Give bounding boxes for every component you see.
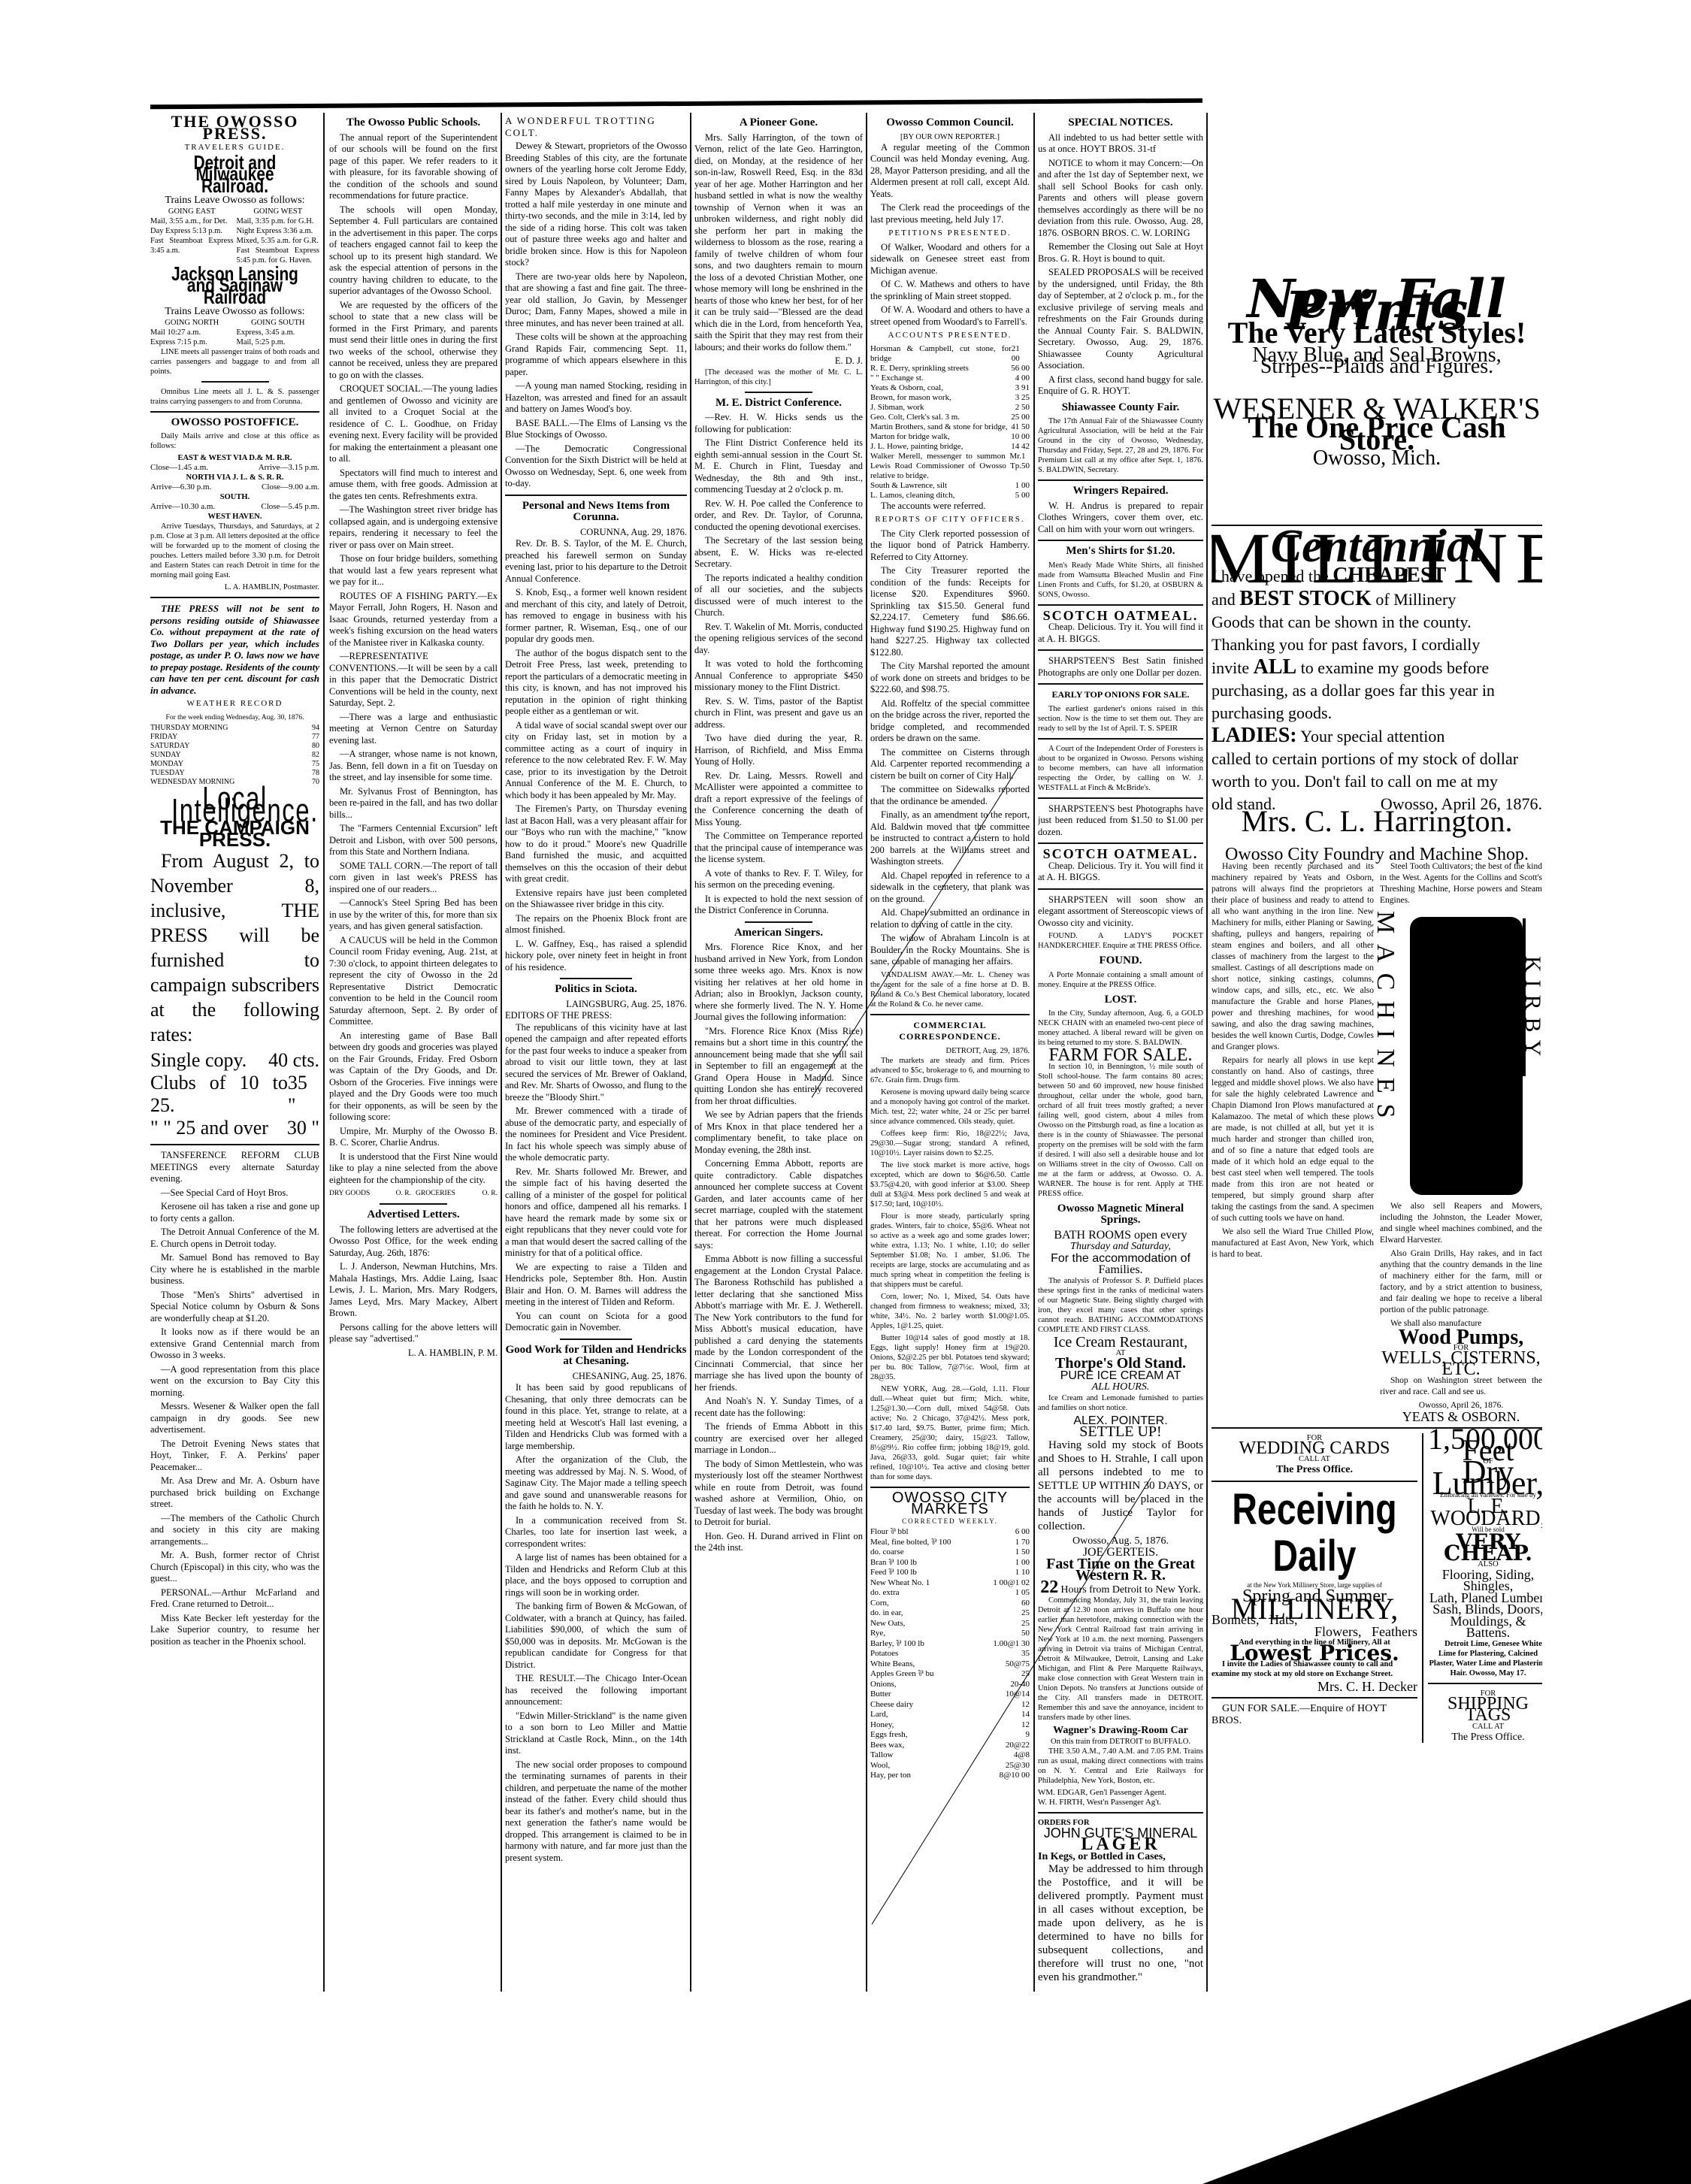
divider bbox=[1212, 1481, 1417, 1482]
millinery-signature: Mrs. C. L. Harrington. bbox=[1212, 815, 1542, 827]
chesaning-dateline: CHESANING, Aug. 25, 1876. bbox=[505, 1371, 687, 1383]
oatmeal-title-2: SCOTCH OATMEAL. bbox=[1038, 848, 1203, 861]
col-o: O. bbox=[482, 1190, 489, 1197]
paragraph: Of C. W. Mathews and others to have the … bbox=[870, 279, 1030, 302]
receiving-daily: Receiving Daily bbox=[1232, 1487, 1396, 1580]
millinery-body: I have opened the CHEAPEST and BEST STOC… bbox=[1212, 564, 1542, 815]
market-row: Bran ⅌ 100 lb1 00 bbox=[870, 1558, 1030, 1568]
paragraph: Kerosene oil has taken a rise and gone u… bbox=[150, 1201, 319, 1224]
label: Yeats & Osborn, coal, bbox=[870, 383, 943, 393]
paragraph: Of W. A. Woodard and others to have a st… bbox=[870, 304, 1030, 328]
value: 14 42 bbox=[1011, 442, 1030, 452]
shirts-title: Men's Shirts for $1.20. bbox=[1038, 546, 1203, 558]
postmaster-signature: L. A. HAMBLIN, Postmaster. bbox=[150, 582, 319, 592]
market-row: Wool,25@30 bbox=[870, 1761, 1030, 1771]
found-handkerchief: FOUND. A LADY'S POCKET HANDKERCHIEF. Enq… bbox=[1038, 931, 1203, 951]
paragraph: These colts will be shown at the approac… bbox=[505, 331, 687, 378]
pumps-title: Wood Pumps, bbox=[1380, 1332, 1542, 1343]
masthead-title: THE OWOSSO PRESS. bbox=[150, 116, 319, 139]
paragraph: A CAUCUS will be held in the Common Coun… bbox=[329, 935, 498, 1028]
divider bbox=[1038, 604, 1203, 606]
label: Butter bbox=[870, 1689, 891, 1700]
value: 41 50 bbox=[1011, 422, 1030, 432]
paragraph: S. Knob, Esq., a former well known resid… bbox=[505, 587, 687, 646]
time: Arrive—3.15 p.m. bbox=[259, 463, 319, 473]
page-corner-shadow bbox=[1202, 1999, 1691, 2184]
bonnets: Bonnets, bbox=[1212, 1612, 1260, 1627]
bath-line-1: BATH ROOMS open every bbox=[1038, 1230, 1203, 1242]
market-row: do. in ear,25 bbox=[870, 1608, 1030, 1619]
machine-illustration: MACHINES KIRBY bbox=[1380, 911, 1542, 1196]
foundry-left: Having been recently purchased and its m… bbox=[1212, 861, 1374, 1423]
value: 1 70 bbox=[1015, 1538, 1030, 1548]
col-o: O. bbox=[396, 1190, 403, 1197]
value: 1 50 bbox=[1021, 452, 1030, 481]
list-item: Night Express 3:36 a.m. bbox=[237, 226, 320, 236]
divider bbox=[150, 597, 319, 598]
press-notice: THE PRESS will not be sent to persons re… bbox=[150, 603, 319, 696]
list-item: Mail, 3:35 p.m. for G.H. bbox=[237, 216, 320, 226]
postoffice-east-west-times: Close—1.45 a.m.Arrive—3.15 p.m. bbox=[150, 463, 319, 473]
postoffice-west-haven: WEST HAVEN. bbox=[150, 512, 319, 522]
label: Potatoes bbox=[870, 1649, 898, 1659]
paragraph: —A good representation from this place w… bbox=[150, 1364, 319, 1399]
column-2: The Owosso Public Schools. The annual re… bbox=[329, 113, 498, 2037]
list-item: Flooring, Siding, Shingles, bbox=[1428, 1569, 1542, 1593]
paragraph: Kerosene is moving upward daily being sc… bbox=[870, 1087, 1030, 1127]
label: J. Sibman, work bbox=[870, 403, 924, 413]
column-rule bbox=[501, 113, 502, 1992]
value: 5 00 bbox=[1015, 491, 1030, 501]
value: 77 bbox=[312, 733, 319, 742]
value: 50@75 bbox=[1006, 1659, 1030, 1670]
tags-call: CALL AT bbox=[1428, 1722, 1542, 1732]
weather-table: THURSDAY MORNING94FRIDAY77SATURDAY80SUND… bbox=[150, 724, 319, 787]
chesaning-articles: It has been said by good republicans of … bbox=[505, 1382, 687, 1864]
local-items: TANSFERENCE REFORM CLUB MEETINGS every a… bbox=[150, 1150, 319, 1647]
oatmeal-title: SCOTCH OATMEAL. bbox=[1038, 610, 1203, 622]
settle-text: Having sold my stock of Boots and Shoes … bbox=[1038, 1438, 1203, 1533]
value: 82 bbox=[312, 751, 319, 760]
value: 12 bbox=[1021, 1720, 1030, 1731]
value: 35 " bbox=[288, 1072, 319, 1117]
value: 2 50 bbox=[1015, 403, 1030, 413]
value: 1 50 bbox=[1015, 1547, 1030, 1558]
railroad-2-name: Jackson Lansing and Saginaw Railroad bbox=[168, 268, 303, 304]
wagner-text: THE 3.50 A.M., 7.40 A.M. and 7.05 P.M. T… bbox=[1038, 1747, 1203, 1786]
onions-text: The earliest gardener's onions raised in… bbox=[1038, 704, 1203, 734]
paragraph: Mr. Asa Drew and Mr. A. Osburn have purc… bbox=[150, 1475, 319, 1511]
decker-signature: Mrs. C. H. Decker bbox=[1212, 1681, 1417, 1693]
council-subtitle: [BY OUR OWN REPORTER.] bbox=[870, 132, 1030, 142]
accounts-table: Horsman & Campbell, cut stone, for bridg… bbox=[870, 344, 1030, 501]
paragraph: —REPRESENTATIVE CONVENTIONS.—It will be … bbox=[329, 651, 498, 709]
label: Clubs of 10 to 25. bbox=[150, 1072, 288, 1117]
value: 25 00 bbox=[1011, 413, 1030, 422]
value: 4 00 bbox=[1015, 374, 1030, 383]
label: New Oats, bbox=[870, 1619, 905, 1629]
postoffice-south: SOUTH. bbox=[150, 492, 319, 502]
commercial-title: COMMERCIAL CORRESPONDENCE. bbox=[870, 1020, 1030, 1043]
sharpsteen-ad-3: SHARPSTEEN will soon show an elegant ass… bbox=[1038, 894, 1203, 930]
paragraph: Dewey & Stewart, proprietors of the Owos… bbox=[505, 141, 687, 269]
paragraph: Two have died during the year, R. Harris… bbox=[694, 733, 863, 768]
paragraph: Repairs for nearly all plows in use kept… bbox=[1212, 1055, 1374, 1224]
lager-big: LAGER bbox=[1038, 1839, 1203, 1851]
column-4: A Pioneer Gone. Mrs. Sally Harrington, o… bbox=[694, 113, 863, 2037]
paragraph: We are expecting to raise a Tilden and H… bbox=[505, 1262, 687, 1308]
label: Bran ⅌ 100 lb bbox=[870, 1558, 917, 1568]
text: Thanking you for past favors, I cordiall… bbox=[1212, 634, 1542, 656]
market-row: Flour ⅌ bbl6 00 bbox=[870, 1527, 1030, 1538]
text: worth to you. Don't fail to call on me a… bbox=[1212, 770, 1542, 793]
hats: Hats, bbox=[1269, 1612, 1298, 1627]
paragraph: The "Farmers Centennial Excursion" left … bbox=[329, 823, 498, 858]
label: J. L. Howe, painting bridge, bbox=[870, 442, 963, 452]
time: Arrive—6.30 p.m. bbox=[150, 482, 211, 492]
paragraph: —Rev. H. W. Hicks sends us the following… bbox=[694, 412, 863, 435]
paragraph: In a communication received from St. Cha… bbox=[505, 1515, 687, 1550]
all: ALL bbox=[1254, 655, 1297, 679]
bottom-ads: FOR WEDDING CARDS CALL AT The Press Offi… bbox=[1212, 1433, 1542, 1744]
bath-line-2: Thursday and Saturday, bbox=[1038, 1241, 1203, 1253]
tags-office: The Press Office. bbox=[1428, 1732, 1542, 1744]
label: Horsman & Campbell, cut stone, for bridg… bbox=[870, 344, 1012, 364]
machine-image bbox=[1410, 917, 1523, 1195]
label: Flour ⅌ bbl bbox=[870, 1527, 909, 1538]
label: R. E. Derry, sprinkling streets bbox=[870, 364, 969, 374]
account-row: R. E. Derry, sprinkling streets56 00 bbox=[870, 364, 1030, 374]
corunna-title: Personal and News Items from Corunna. bbox=[505, 501, 687, 524]
postoffice-north-times: Arrive—6.30 p.m.Close—9.00 a.m. bbox=[150, 482, 319, 492]
paragraph: A tidal wave of social scandal swept ove… bbox=[505, 720, 687, 802]
value: 20@22 bbox=[1006, 1741, 1030, 1751]
fair-text: The 17th Annual Fair of the Shiawassee C… bbox=[1038, 416, 1203, 475]
wringers-text: W. H. Andrus is prepared to repair Cloth… bbox=[1038, 501, 1203, 536]
decker-text: I invite the Ladies of Shiawassee county… bbox=[1212, 1659, 1417, 1679]
paragraph: Mr. Sylvanus Frost of Bennington, has be… bbox=[329, 786, 498, 821]
paragraph: —A stranger, whose name is not known, Ja… bbox=[329, 749, 498, 784]
label: Marton for bridge walk, bbox=[870, 432, 950, 442]
value: 3 25 bbox=[1015, 393, 1030, 403]
going-north-list: Mail 10:27 a.m.Express 7:15 p.m. bbox=[150, 328, 234, 347]
value: 8@10 00 bbox=[1000, 1771, 1030, 1781]
label: Meal, fine bolted, ⅌ 100 bbox=[870, 1538, 951, 1548]
account-row: South & Lawrence, silt1 00 bbox=[870, 481, 1030, 491]
paragraph: It is expected to hold the next session … bbox=[694, 894, 863, 917]
all-hours: ALL HOURS. bbox=[1038, 1381, 1203, 1393]
wedding-title: WEDDING CARDS bbox=[1212, 1443, 1417, 1455]
paragraph: "Mrs. Florence Rice Knox (Miss Rice) rem… bbox=[694, 1026, 863, 1108]
label: Honey, bbox=[870, 1720, 894, 1731]
paragraph: —There was a large and enthusiastic meet… bbox=[329, 712, 498, 747]
divider bbox=[150, 1144, 319, 1145]
paragraph: A regular meeting of the Common Council … bbox=[870, 142, 1030, 201]
label: Feed ⅌ 100 lb bbox=[870, 1568, 917, 1578]
account-row: Martin Brothers, sand & stone for bridge… bbox=[870, 422, 1030, 432]
paragraph: The markets are steady and firm. Prices … bbox=[870, 1056, 1030, 1085]
column-1: THE OWOSSO PRESS. TRAVELERS GUIDE. Detro… bbox=[150, 113, 319, 2037]
pioneer-signature: E. D. J. bbox=[694, 355, 863, 368]
paragraph: It has been said by good republicans of … bbox=[505, 1382, 687, 1452]
col-r: R. bbox=[491, 1190, 498, 1197]
weather-row: TUESDAY78 bbox=[150, 769, 319, 778]
store-city: Owosso, Mich. bbox=[1212, 452, 1542, 464]
paragraph: Rev. Dr. B. S. Taylor, of the M. E. Chur… bbox=[505, 538, 687, 585]
paragraph: Corn, lower; No. 1, Mixed, 54. Oats have… bbox=[870, 1292, 1030, 1331]
flowers: Flowers, bbox=[1314, 1624, 1362, 1639]
paragraph: —The Democratic Congressional Convention… bbox=[505, 443, 687, 490]
lumber-quantity: 1,500,000 Feet bbox=[1428, 1433, 1542, 1457]
pioneer-note: [The deceased was the mother of Mr. C. L… bbox=[694, 368, 863, 387]
lowest-prices: Lowest Prices. bbox=[1212, 1647, 1417, 1659]
market-row: Honey,12 bbox=[870, 1720, 1030, 1731]
value: 50 bbox=[1021, 1629, 1030, 1639]
paragraph: The friends of Emma Abbott in this count… bbox=[694, 1421, 863, 1457]
paragraph: Hon. Geo. H. Durand arrived in Flint on … bbox=[694, 1531, 863, 1554]
paragraph: CROQUET SOCIAL.—The young ladies and gen… bbox=[329, 383, 498, 465]
account-row: J. L. Howe, painting bridge,14 42 bbox=[870, 442, 1030, 452]
paragraph: —See Special Card of Hoyt Bros. bbox=[150, 1187, 319, 1199]
list-item: Mixed, 5:35 a.m. for G.R. bbox=[237, 236, 320, 246]
sharpsteen-ad-2: SHARPSTEEN'S best Photographs have just … bbox=[1038, 803, 1203, 839]
label: FRIDAY bbox=[150, 733, 177, 742]
label: SATURDAY bbox=[150, 742, 189, 751]
top-rule bbox=[150, 98, 1202, 110]
left-bottom-ads: FOR WEDDING CARDS CALL AT The Press Offi… bbox=[1212, 1433, 1423, 1744]
paragraph: A vote of thanks to Rev. F. T. Wiley, fo… bbox=[694, 868, 863, 891]
divider bbox=[1038, 540, 1203, 541]
value: 20-40 bbox=[1010, 1680, 1030, 1690]
text: purchasing, as a dollar goes far this ye… bbox=[1212, 679, 1542, 702]
railroad-1-times: GOING EAST Mail, 3:55 a.m., for Det.Day … bbox=[150, 207, 319, 265]
label: do. extra bbox=[870, 1588, 899, 1599]
paragraph: The Flint District Conference held its e… bbox=[694, 437, 863, 496]
paragraph: THE RESULT.—The Chicago Inter-Ocean has … bbox=[505, 1673, 687, 1708]
paragraph: The City Treasurer reported the conditio… bbox=[870, 565, 1030, 658]
value: 1 00 bbox=[1015, 1558, 1030, 1568]
paragraph: The annual report of the Superintendent … bbox=[329, 132, 498, 202]
value: 14 bbox=[1021, 1710, 1030, 1720]
market-row: do. coarse1 50 bbox=[870, 1547, 1030, 1558]
paragraph: We see by Adrian papers that the friends… bbox=[694, 1109, 863, 1156]
gun-for-sale: GUN FOR SALE.—Enquire of HOYT BROS. bbox=[1212, 1703, 1417, 1726]
trotting-colt-articles: Dewey & Stewart, proprietors of the Owos… bbox=[505, 141, 687, 490]
found-text: A Porte Monnaie containing a small amoun… bbox=[1038, 970, 1203, 990]
list-item: Express 7:15 p.m. bbox=[150, 337, 234, 347]
thorpe-stand: Thorpe's Old Stand. bbox=[1038, 1358, 1203, 1370]
store-subtitle: The One Price Cash Store. bbox=[1212, 422, 1542, 445]
shipping-tags-title: SHIPPING TAGS bbox=[1428, 1698, 1542, 1722]
value: 25 bbox=[1021, 1608, 1030, 1619]
fasttime-hours: Hours from Detroit to New York. bbox=[1060, 1584, 1200, 1596]
column-rule bbox=[1206, 113, 1208, 1992]
paragraph: A first class, second hand buggy for sal… bbox=[1038, 374, 1203, 398]
paragraph: After the organization of the Club, the … bbox=[505, 1454, 687, 1513]
foundry-right-text-2: We also sell Reapers and Mowers, includi… bbox=[1380, 1201, 1542, 1329]
paragraph: And Noah's N. Y. Sunday Times, of a rece… bbox=[694, 1396, 863, 1419]
label: " " Exchange st. bbox=[870, 374, 924, 383]
divider bbox=[1038, 797, 1203, 799]
paragraph: ROUTES OF A FISHING PARTY.—Ex Mayor Ferr… bbox=[329, 591, 498, 649]
value: 1 00 bbox=[1015, 481, 1030, 491]
paragraph: TANSFERENCE REFORM CLUB MEETINGS every a… bbox=[150, 1150, 319, 1185]
value: 80 bbox=[312, 742, 319, 751]
paragraph: Flour is more steady, particularly sprin… bbox=[870, 1211, 1030, 1290]
column-5: Owosso Common Council. [BY OUR OWN REPOR… bbox=[870, 113, 1030, 2037]
market-row: Hay, per ton8@10 00 bbox=[870, 1771, 1030, 1781]
sciota-salutation: EDITORS OF THE PRESS: bbox=[505, 1010, 687, 1022]
paragraph: Concerning Emma Abbott, reports are quit… bbox=[694, 1158, 863, 1251]
wagner-title: Wagner's Drawing-Room Car bbox=[1038, 1725, 1203, 1737]
railroad-1-name: Detroit and Milwaukee Railroad. bbox=[168, 157, 303, 192]
pioneer-title: A Pioneer Gone. bbox=[694, 117, 863, 129]
market-row: Lard,14 bbox=[870, 1710, 1030, 1720]
paragraph: The new social order proposes to compoun… bbox=[505, 1759, 687, 1865]
list-item: Fast Steamboat Express 3:45 a.m. bbox=[150, 236, 234, 256]
going-south-list: Express, 3:45 a.m.Mail, 5:25 p.m. bbox=[237, 328, 320, 347]
label: do. coarse bbox=[870, 1547, 904, 1558]
lime-text: Detroit Lime, Genesee White Lime for Pla… bbox=[1428, 1639, 1542, 1678]
account-row: Brown, for mason work,3 25 bbox=[870, 393, 1030, 403]
paragraph: The City Marshal reported the amount of … bbox=[870, 661, 1030, 696]
trotting-colt-title: A WONDERFUL TROTTING COLT. bbox=[505, 115, 687, 138]
label: Eggs fresh, bbox=[870, 1730, 908, 1741]
market-row: Feed ⅌ 100 lb1 10 bbox=[870, 1568, 1030, 1578]
farm-title: FARM FOR SALE. bbox=[1038, 1050, 1203, 1062]
divider bbox=[505, 495, 687, 496]
schools-articles: The annual report of the Superintendent … bbox=[329, 132, 498, 1187]
council-title: Owosso Common Council. bbox=[870, 117, 1030, 129]
paragraph: Coffees keep firm: Rio, 18@22½; Java, 29… bbox=[870, 1129, 1030, 1158]
sciota-title: Politics in Sciota. bbox=[505, 984, 687, 996]
market-row: Meal, fine bolted, ⅌ 1001 70 bbox=[870, 1538, 1030, 1548]
paragraph: Butter 10@14 sales of good mostly at 18.… bbox=[870, 1333, 1030, 1382]
divider bbox=[745, 921, 812, 923]
paragraph: The Detroit Annual Conference of the M. … bbox=[150, 1227, 319, 1250]
text: purchasing goods. bbox=[1212, 702, 1542, 724]
value: 12 bbox=[1021, 1700, 1030, 1711]
paragraph: The schools will open Monday, September … bbox=[329, 204, 498, 298]
market-row: Eggs fresh,9 bbox=[870, 1730, 1030, 1741]
paragraph: The Secretary of the last session being … bbox=[694, 535, 863, 570]
label: " " 25 and over bbox=[150, 1117, 268, 1139]
value: 60 bbox=[1021, 1599, 1030, 1609]
paragraph: Mrs. Florence Rice Knox, and her husband… bbox=[694, 942, 863, 1024]
paragraph: Remember the Closing out Sale at Hoyt Br… bbox=[1038, 241, 1203, 265]
market-row: Bees wax,20@22 bbox=[870, 1741, 1030, 1751]
paragraph: Those on four bridge builders, something… bbox=[329, 553, 498, 588]
paragraph: —The members of the Catholic Church and … bbox=[150, 1513, 319, 1548]
newspaper-page: THE OWOSSO PRESS. TRAVELERS GUIDE. Detro… bbox=[0, 0, 1691, 2184]
paragraph: PERSONAL.—Arthur McFarland and Fred. Cra… bbox=[150, 1587, 319, 1611]
weather-row: SUNDAY82 bbox=[150, 751, 319, 760]
market-row: Barley, ⅌ 100 lb1.00@1 30 bbox=[870, 1639, 1030, 1650]
time: Close—1.45 a.m. bbox=[150, 463, 208, 473]
advertised-letters-title: Advertised Letters. bbox=[329, 1209, 498, 1221]
paragraph: It looks now as if there would be an ext… bbox=[150, 1326, 319, 1362]
account-row: Yeats & Osborn, coal,3 91 bbox=[870, 383, 1030, 393]
divider bbox=[870, 1014, 1030, 1015]
paragraph: Rev. S. W. Tims, pastor of the Baptist c… bbox=[694, 696, 863, 731]
list-item: Mail 10:27 a.m. bbox=[150, 328, 234, 337]
paragraph: Mr. Brewer commenced with a tirade of ab… bbox=[505, 1106, 687, 1164]
reports-paragraphs: The City Clerk reported possession of th… bbox=[870, 528, 1030, 968]
divider bbox=[1428, 1683, 1542, 1684]
woodard-name: L. E. WOODARD, bbox=[1428, 1501, 1542, 1524]
paragraph: Steel Tooth Cultivators; the best of the… bbox=[1380, 861, 1542, 906]
fall-prints-title: New Fall Prints bbox=[1212, 293, 1542, 316]
paragraph: L. W. Gaffney, Esq., has raised a splend… bbox=[505, 939, 687, 974]
right-bottom-ads: 1,500,000 Feet OF Dry Lumber, Embracing … bbox=[1428, 1433, 1542, 1744]
paragraph: Ald. Roffeltz of the special committee o… bbox=[870, 698, 1030, 745]
market-row: Butter10@14 bbox=[870, 1689, 1030, 1700]
weather-row: SATURDAY80 bbox=[150, 742, 319, 751]
value: 1 05 bbox=[1015, 1588, 1030, 1599]
value: 1.00@1 30 bbox=[993, 1639, 1030, 1650]
postoffice-east-west: EAST & WEST VIA D.& M. R.R. bbox=[150, 453, 319, 463]
vandalism-item: VANDALISM AWAY.—Mr. L. Cheney was the ag… bbox=[870, 970, 1030, 1009]
pumps-wells: WELLS, CISTERNS, ETC. bbox=[1380, 1353, 1542, 1375]
col-r: R. bbox=[404, 1190, 411, 1197]
account-row: Walker Merell, messenger to summon Mr. L… bbox=[870, 452, 1030, 481]
paragraph: —A young man named Stocking, residing in… bbox=[505, 380, 687, 416]
wagner-sig-2: W. H. FIRTH, West'n Passenger Ag't. bbox=[1038, 1798, 1161, 1807]
account-row: Geo. Colt, Clerk's sal. 3 m.25 00 bbox=[870, 413, 1030, 422]
going-north-label: GOING NORTH bbox=[150, 318, 234, 328]
corunna-dateline: CORUNNA, Aug. 29, 1876. bbox=[505, 527, 687, 539]
paragraph: The Clerk read the proceedings of the la… bbox=[870, 202, 1030, 225]
local-intelligence-heading: Local Intelligence. bbox=[171, 793, 298, 816]
kirby-label: KIRBY bbox=[1527, 956, 1538, 1063]
markets-table: Flour ⅌ bbl6 00Meal, fine bolted, ⅌ 1001… bbox=[870, 1527, 1030, 1781]
paragraph: NOTICE to whom it may Concern:—On and af… bbox=[1038, 158, 1203, 240]
lager-kegs: In Kegs, or Bottled in Cases, bbox=[1038, 1851, 1203, 1863]
text: Goods that can be shown in the county. bbox=[1212, 611, 1542, 634]
label: Wool, bbox=[870, 1761, 890, 1771]
wringers-title: Wringers Repaired. bbox=[1038, 486, 1203, 498]
paragraph: Having been recently purchased and its m… bbox=[1212, 861, 1374, 1053]
very-cheap: VERY CHEAP. bbox=[1428, 1536, 1542, 1559]
account-row: J. Sibman, work2 50 bbox=[870, 403, 1030, 413]
paragraph: Umpire, Mr. Murphy of the Owosso B. B. C… bbox=[329, 1126, 498, 1149]
value: 94 bbox=[312, 724, 319, 733]
paragraph: The republicans of this vicinity have at… bbox=[505, 1022, 687, 1104]
text: Your special attention bbox=[1300, 727, 1444, 746]
postoffice-north: NORTH VIA J. L. & S. R. R. bbox=[150, 473, 319, 482]
campaign-rates: Single copy.40 cts.Clubs of 10 to 25.35 … bbox=[150, 1049, 319, 1139]
divider bbox=[870, 1487, 1030, 1488]
paragraph: —Cannock's Steel Spring Bed has been in … bbox=[329, 897, 498, 933]
paragraph: It was voted to hold the forthcoming Ann… bbox=[694, 658, 863, 694]
paragraph: The widow of Abraham Lincoln is at Bould… bbox=[870, 933, 1030, 968]
chesaning-title: Good Work for Tilden and Hendricks at Ch… bbox=[505, 1345, 687, 1368]
market-row: New Wheat No. 11 00@1 02 bbox=[870, 1578, 1030, 1589]
label: Cheese dairy bbox=[870, 1700, 913, 1711]
foundry-right-text: Steel Tooth Cultivators; the best of the… bbox=[1380, 861, 1542, 906]
pumps-text: Shop on Washington street between the ri… bbox=[1380, 1375, 1542, 1398]
paragraph: We also sell the Wiard True Chilled Plow… bbox=[1212, 1227, 1374, 1260]
divider bbox=[150, 411, 319, 413]
market-row: Potatoes35 bbox=[870, 1649, 1030, 1659]
list-item: Mouldings, & Battens. bbox=[1428, 1616, 1542, 1639]
markets-title: OWOSSO CITY MARKETS bbox=[870, 1493, 1030, 1516]
value: 9 bbox=[1026, 1730, 1030, 1741]
time: Close—5.45 p.m. bbox=[261, 502, 319, 512]
bath-text: The analysis of Professor S. P. Duffield… bbox=[1038, 1276, 1203, 1335]
paragraph: SOME TALL CORN.—The report of tall corn … bbox=[329, 861, 498, 896]
sharpsteen-ad-1: SHARPSTEEN'S Best Satin finished Photogr… bbox=[1038, 655, 1203, 679]
